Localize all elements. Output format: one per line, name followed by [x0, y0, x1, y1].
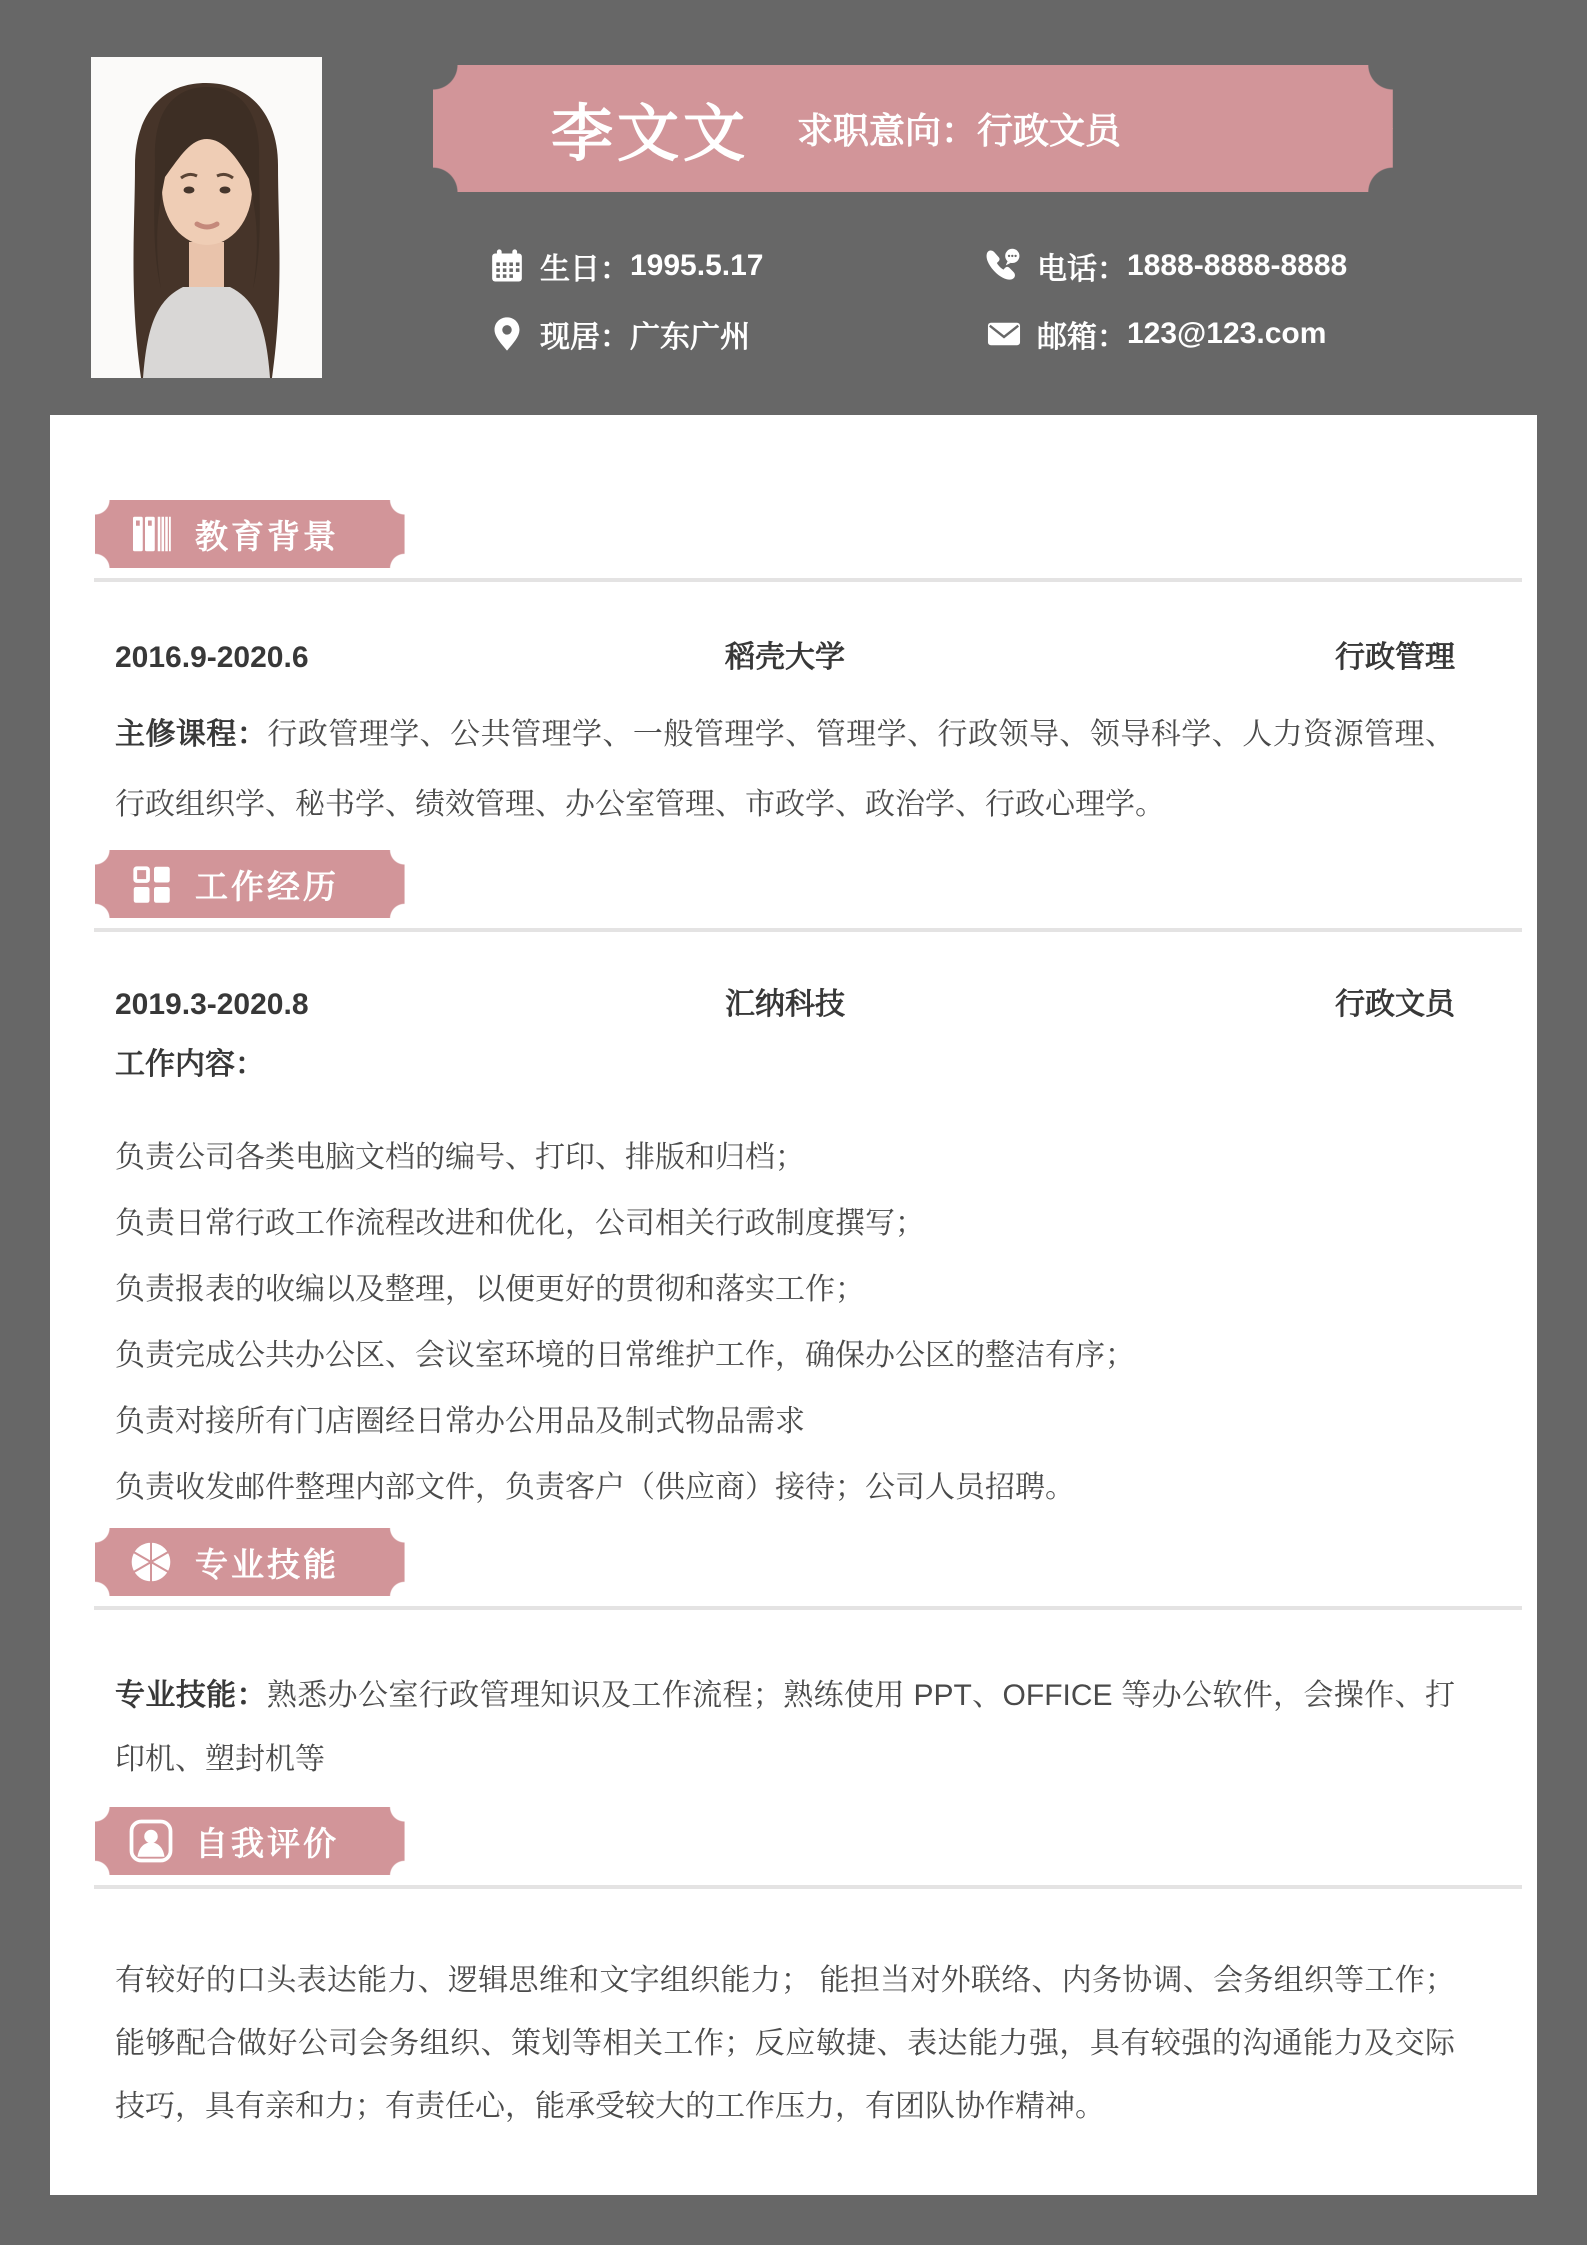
section-skills: 专业技能 专业技能：熟悉办公室行政管理知识及工作流程；熟练使用 PPT、OFFI…: [50, 1528, 1537, 1792]
contact-value: 1995.5.17: [630, 249, 763, 283]
contact-label: 电话：: [1037, 244, 1127, 288]
location-icon: [488, 315, 526, 353]
books-icon: [127, 510, 175, 558]
section-title: 专业技能: [195, 1539, 339, 1586]
user-icon: [127, 1817, 175, 1865]
work-period: 2019.3-2020.8: [115, 985, 562, 1025]
portrait-illustration: [91, 57, 322, 378]
section-divider: [94, 1606, 1522, 1610]
mail-icon: [985, 315, 1023, 353]
skills-paragraph: 专业技能：熟悉办公室行政管理知识及工作流程；熟练使用 PPT、OFFICE 等办…: [115, 1664, 1455, 1792]
candidate-name: 李文文: [551, 84, 749, 173]
education-ribbon: 教育背景: [95, 500, 405, 568]
skills-label: 专业技能：: [115, 1679, 267, 1712]
profile-photo: [91, 57, 322, 378]
phone-icon: [985, 247, 1023, 285]
contact-location: 现居： 广东广州: [488, 311, 985, 357]
evaluation-text: 有较好的口头表达能力、逻辑思维和文字组织能力； 能担当对外联络、内务协调、会务组…: [115, 1949, 1455, 2138]
contact-value: 123@123.com: [1127, 317, 1326, 351]
section-education: 教育背景 2016.9-2020.6 稻壳大学 行政管理 主修课程：行政管理学、…: [50, 500, 1537, 840]
evaluation-ribbon: 自我评价: [95, 1807, 405, 1875]
duty-item: 负责公司各类电脑文档的编号、打印、排版和归档；: [115, 1125, 1455, 1191]
contact-birthday: 生日： 1995.5.17: [488, 243, 985, 289]
calendar-icon: [488, 247, 526, 285]
education-major: 行政管理: [1008, 638, 1455, 678]
contact-label: 现居：: [540, 312, 630, 356]
skills-ribbon: 专业技能: [95, 1528, 405, 1596]
work-position: 行政文员: [1008, 985, 1455, 1025]
duty-item: 负责对接所有门店圈经日常办公用品及制式物品需求: [115, 1389, 1455, 1455]
section-work: 工作经历 2019.3-2020.8 汇纳科技 行政文员 工作内容： 负责公司各…: [50, 850, 1537, 1521]
duty-item: 负责完成公共办公区、会议室环境的日常维护工作，确保办公区的整洁有序；: [115, 1323, 1455, 1389]
resume-page: 李文文 求职意向：行政文员 生日：: [0, 0, 1587, 2245]
grid-icon: [127, 860, 175, 908]
education-courses: 主修课程：行政管理学、公共管理学、一般管理学、管理学、行政领导、领导科学、人力资…: [115, 700, 1455, 840]
contact-phone: 电话： 1888-8888-8888: [985, 243, 1347, 289]
courses-label: 主修课程：: [115, 718, 267, 751]
work-meta-row: 2019.3-2020.8 汇纳科技 行政文员: [115, 985, 1455, 1025]
contact-value: 广东广州: [630, 312, 750, 356]
aperture-icon: [127, 1538, 175, 1586]
name-banner: 李文文 求职意向：行政文员: [433, 65, 1393, 192]
section-evaluation: 自我评价 有较好的口头表达能力、逻辑思维和文字组织能力； 能担当对外联络、内务协…: [50, 1807, 1537, 2138]
work-ribbon: 工作经历: [95, 850, 405, 918]
work-duty-list: 负责公司各类电脑文档的编号、打印、排版和归档； 负责日常行政工作流程改进和优化，…: [115, 1125, 1455, 1521]
section-divider: [94, 928, 1522, 932]
duty-item: 负责收发邮件整理内部文件，负责客户（供应商）接待；公司人员招聘。: [115, 1455, 1455, 1521]
education-period: 2016.9-2020.6: [115, 638, 562, 678]
duty-item: 负责报表的收编以及整理，以便更好的贯彻和落实工作；: [115, 1257, 1455, 1323]
section-divider: [94, 1885, 1522, 1889]
section-title: 自我评价: [195, 1818, 339, 1865]
skills-text: 熟悉办公室行政管理知识及工作流程；熟练使用 PPT、OFFICE 等办公软件，会…: [115, 1679, 1455, 1776]
courses-text: 行政管理学、公共管理学、一般管理学、管理学、行政领导、领导科学、人力资源管理、行…: [115, 718, 1455, 821]
contact-info: 生日： 1995.5.17 电话： 1888-8888-8888: [488, 243, 1347, 357]
contact-email: 邮箱： 123@123.com: [985, 311, 1347, 357]
contact-value: 1888-8888-8888: [1127, 249, 1347, 283]
duty-item: 负责日常行政工作流程改进和优化，公司相关行政制度撰写；: [115, 1191, 1455, 1257]
content-panel: 教育背景 2016.9-2020.6 稻壳大学 行政管理 主修课程：行政管理学、…: [50, 415, 1537, 2195]
education-meta-row: 2016.9-2020.6 稻壳大学 行政管理: [115, 638, 1455, 678]
education-school: 稻壳大学: [562, 638, 1009, 678]
work-company: 汇纳科技: [562, 985, 1009, 1025]
section-title: 教育背景: [195, 511, 339, 558]
section-title: 工作经历: [195, 861, 339, 908]
work-content-label: 工作内容：: [115, 1045, 1455, 1085]
section-divider: [94, 578, 1522, 582]
contact-label: 生日：: [540, 244, 630, 288]
job-objective: 求职意向：行政文员: [797, 103, 1121, 154]
contact-label: 邮箱：: [1037, 312, 1127, 356]
